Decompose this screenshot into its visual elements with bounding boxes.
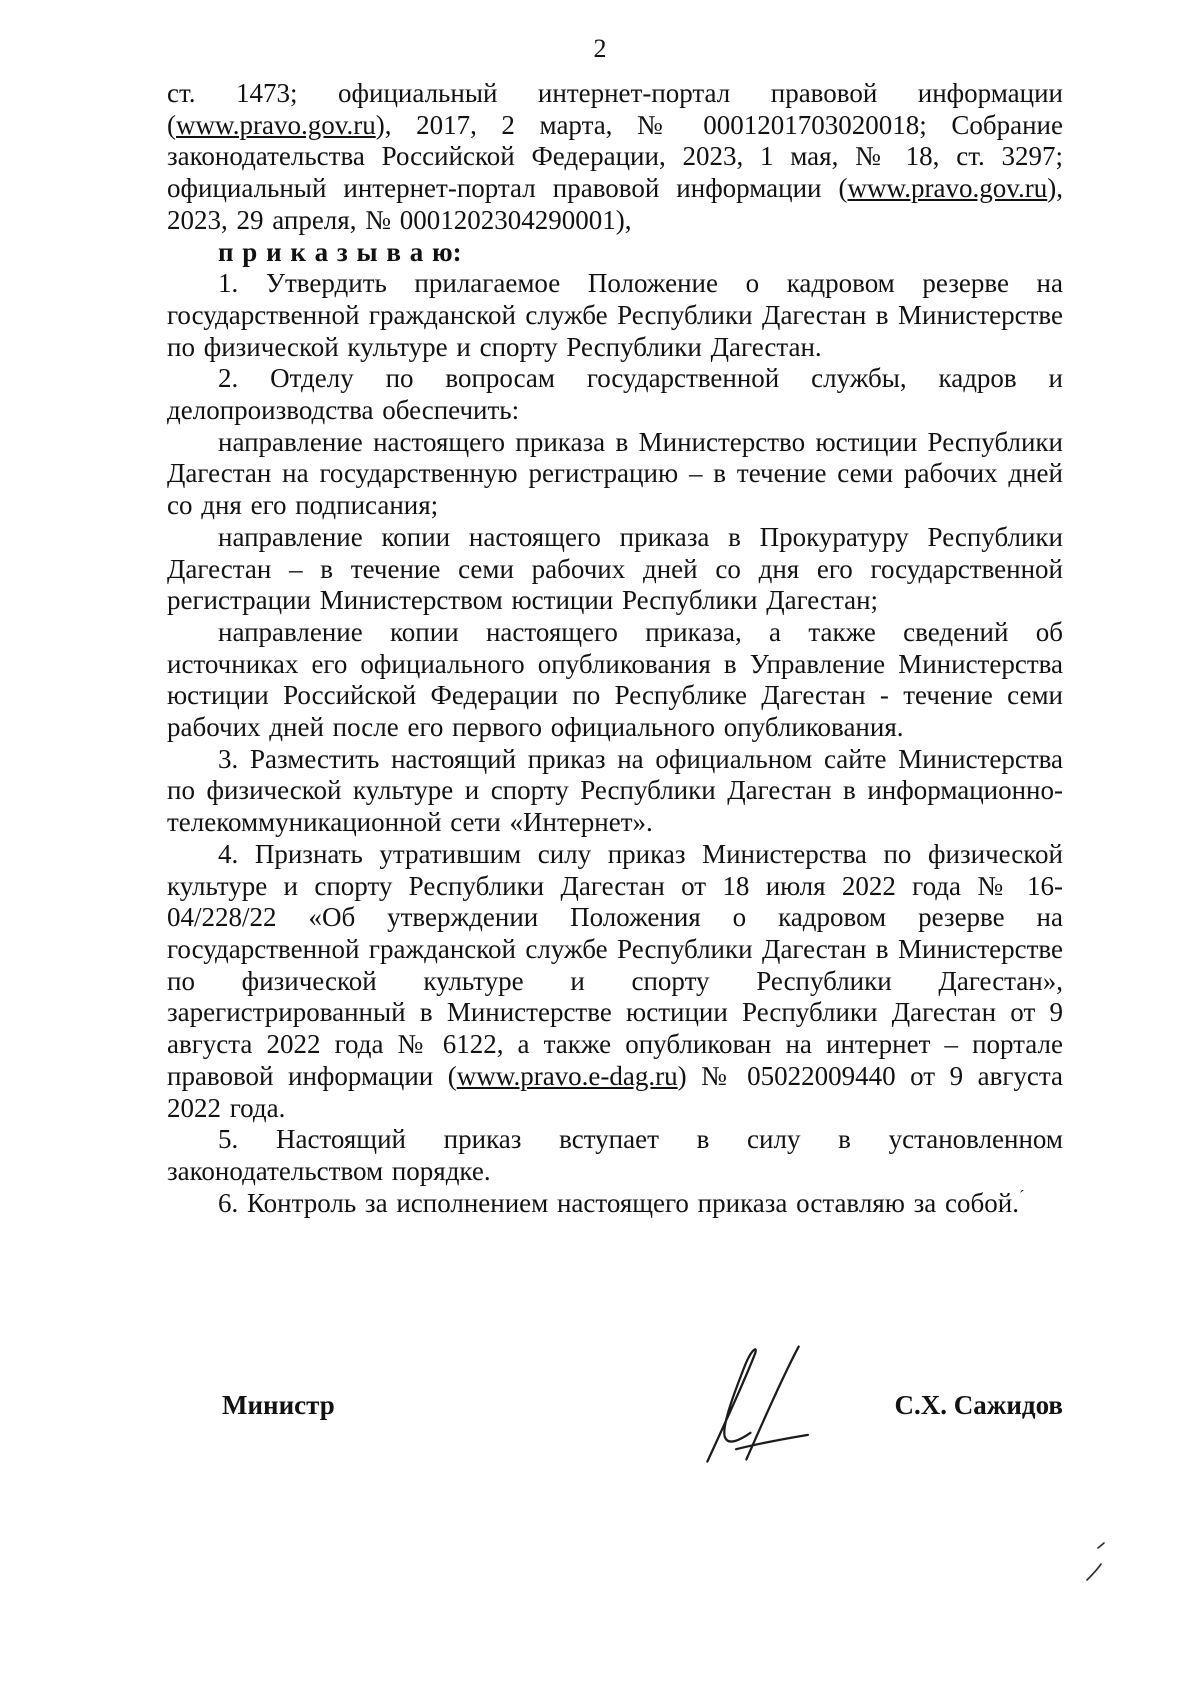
paragraph-6-text: 6. Контроль за исполнением настоящего пр… xyxy=(218,1188,1019,1218)
link-pravo-e-dag-ru[interactable]: www.pravo.e-dag.ru xyxy=(457,1061,678,1091)
paragraph-4: 4. Признать утратившим силу приказ Минис… xyxy=(167,839,1063,1124)
scan-artifact-mark xyxy=(1084,1542,1110,1582)
prikaz-heading: п р и к а з ы в а ю: xyxy=(167,237,1063,269)
paragraph-intro: ст. 1473; официальный интернет-портал пр… xyxy=(167,78,1063,237)
page-number: 2 xyxy=(0,34,1200,64)
document-page: 2 ст. 1473; официальный интернет-портал … xyxy=(0,0,1200,1690)
minister-name: С.Х. Сажидов xyxy=(895,1390,1063,1421)
paragraph-3: 3. Разместить настоящий приказ на официа… xyxy=(167,744,1063,839)
paragraph-2-sub-3: направление копии настоящего приказа, а … xyxy=(167,617,1063,744)
paragraph-5: 5. Настоящий приказ вступает в силу в ус… xyxy=(167,1124,1063,1187)
document-body: ст. 1473; официальный интернет-портал пр… xyxy=(167,78,1063,1219)
link-pravo-gov-ru-2[interactable]: www.pravo.gov.ru xyxy=(848,173,1048,203)
paragraph-2-sub-1: направление настоящего приказа в Министе… xyxy=(167,427,1063,522)
paragraph-4-text-1: 4. Признать утратившим силу приказ Минис… xyxy=(167,839,1063,1091)
link-pravo-gov-ru-1[interactable]: www.pravo.gov.ru xyxy=(176,110,376,140)
scan-artifact-tick: ˊ xyxy=(1019,1187,1025,1206)
paragraph-2-sub-2: направление копии настоящего приказа в П… xyxy=(167,522,1063,617)
paragraph-1: 1. Утвердить прилагаемое Положение о кад… xyxy=(167,268,1063,363)
paragraph-2: 2. Отделу по вопросам государственной сл… xyxy=(167,363,1063,426)
paragraph-6: 6. Контроль за исполнением настоящего пр… xyxy=(167,1188,1063,1220)
minister-title: Министр xyxy=(222,1390,335,1421)
minister-signature-icon xyxy=(693,1340,811,1464)
